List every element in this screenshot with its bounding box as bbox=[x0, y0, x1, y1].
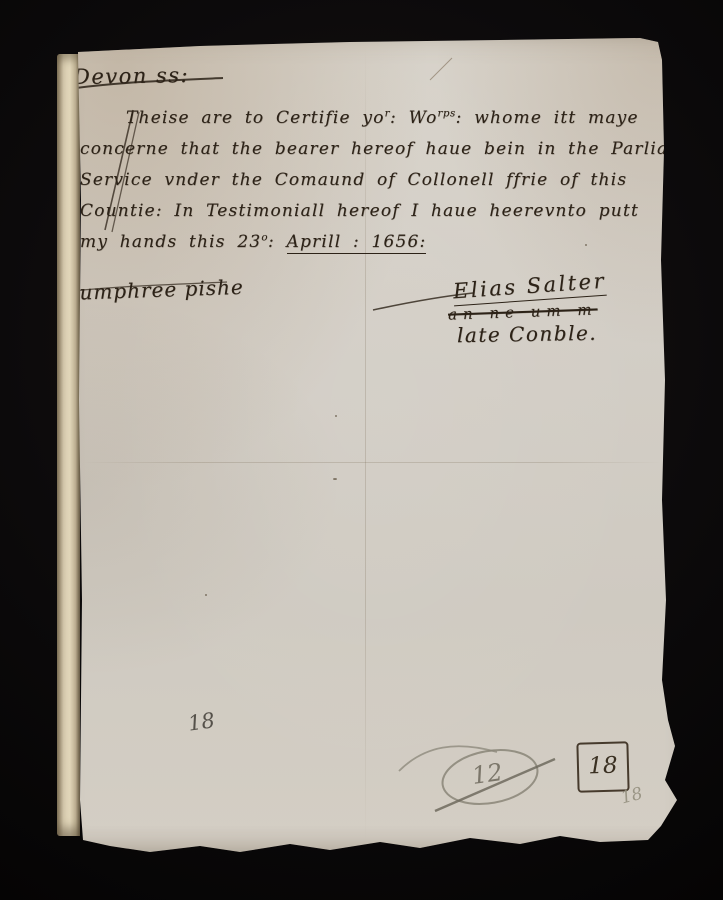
text-segment: : whome itt maye bbox=[456, 108, 639, 128]
text-segment: : bbox=[268, 232, 287, 252]
corner-number: 18 bbox=[619, 784, 645, 809]
text-segment: Countie: In Testimoniall hereof I haue h… bbox=[80, 201, 639, 221]
ink-speck bbox=[205, 594, 207, 596]
body-line-2: concerne that the bearer hereof haue bei… bbox=[80, 139, 668, 170]
boxed-number-value: 18 bbox=[588, 753, 618, 780]
fold-crease-horizontal bbox=[81, 462, 661, 463]
certificate-text: Theise are to Certifie yor: Worps: whome… bbox=[80, 108, 668, 263]
text-segment: : Wo bbox=[390, 108, 438, 128]
ink-speck bbox=[333, 478, 337, 480]
constable-title: late Conble. bbox=[457, 321, 598, 347]
body-line-1: Theise are to Certifie yor: Worps: whome… bbox=[80, 108, 668, 139]
pencil-folio-number: 18 bbox=[186, 708, 216, 735]
ink-speck bbox=[335, 415, 337, 417]
binding-stub bbox=[57, 54, 80, 836]
struck-out-text: an ne um m bbox=[448, 300, 598, 323]
text-segment: Theise are to Certifie yo bbox=[126, 108, 385, 128]
text-segment: concerne that the bearer hereof haue bei… bbox=[80, 139, 686, 159]
superscript-abbrev: o bbox=[261, 232, 268, 243]
manuscript-page: Devon ss: Theise are to Certifie yor: Wo… bbox=[55, 34, 695, 856]
superscript-abbrev: t bbox=[686, 139, 691, 150]
body-line-5: my hands this 23o: Aprill : 1656: bbox=[80, 232, 668, 263]
circled-number: 12 bbox=[470, 758, 504, 790]
superscript-abbrev: rps bbox=[438, 108, 456, 119]
body-line-4: Countie: In Testimoniall hereof I haue h… bbox=[80, 201, 668, 232]
text-segment: my hands this 23 bbox=[80, 232, 261, 252]
text-segment: Service vnder the Comaund of Collonell f… bbox=[80, 170, 627, 190]
parish-annotation: Humphree pishe bbox=[61, 275, 244, 305]
photo-background: Devon ss: Theise are to Certifie yor: Wo… bbox=[0, 0, 723, 900]
body-line-3: Service vnder the Comaund of Collonell f… bbox=[80, 170, 668, 201]
paper-sheet: Devon ss: Theise are to Certifie yor: Wo… bbox=[55, 34, 695, 856]
underlined-date: Aprill : 1656: bbox=[287, 232, 427, 254]
boxed-number: 18 bbox=[576, 741, 629, 792]
county-heading: Devon ss: bbox=[73, 63, 190, 89]
